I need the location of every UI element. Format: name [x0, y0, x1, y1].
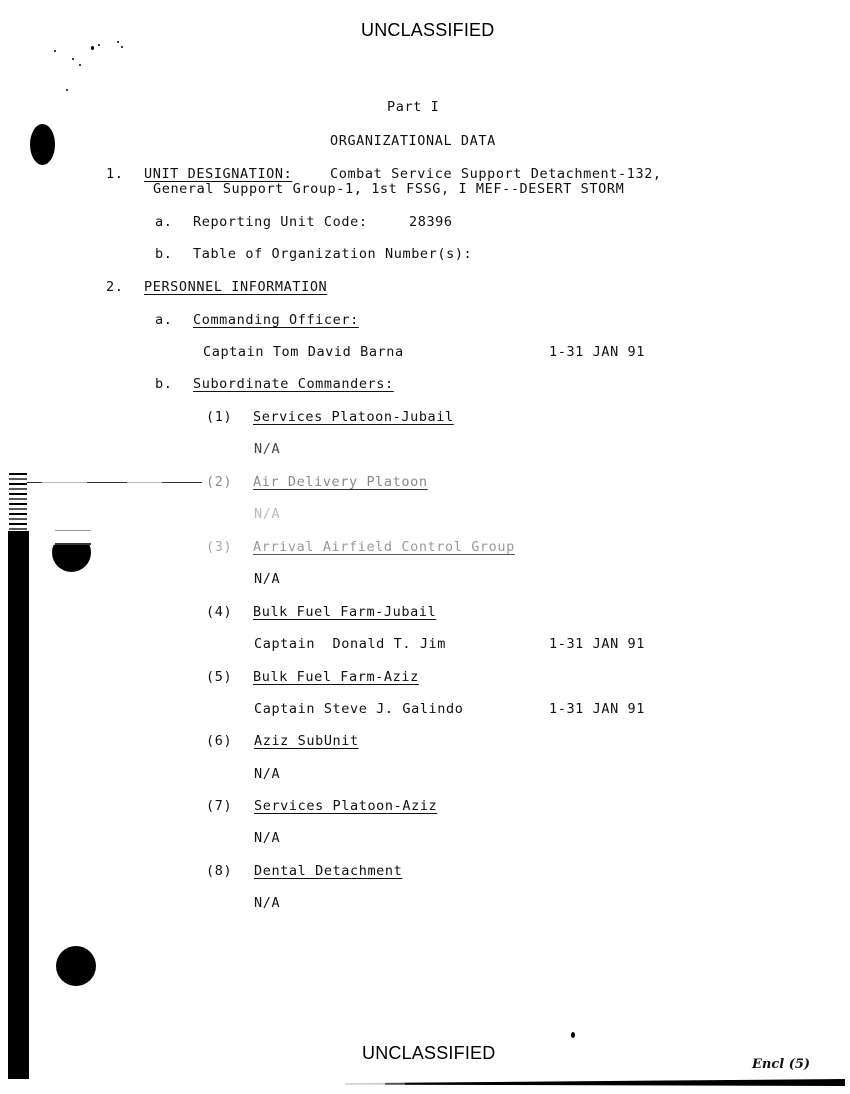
- unit-3-commander: N/A: [254, 571, 280, 587]
- unit-4-number: (4): [206, 604, 232, 620]
- unit-6-name: Aziz SubUnit: [254, 733, 359, 749]
- unit-5-commander: Captain Steve J. Galindo: [254, 701, 463, 717]
- section-heading: ORGANIZATIONAL DATA: [330, 133, 496, 149]
- scan-speck: [72, 58, 74, 60]
- unit-designation-label: UNIT DESIGNATION:: [144, 166, 292, 182]
- unit-8-commander: N/A: [254, 895, 280, 911]
- scan-streak-line: [27, 482, 202, 483]
- unit-6-commander: N/A: [254, 766, 280, 782]
- personnel-information-label: PERSONNEL INFORMATION: [144, 279, 327, 295]
- scan-speck: [66, 89, 68, 91]
- header-classification: UNCLASSIFIED: [361, 20, 494, 41]
- commanding-officer-name: Captain Tom David Barna: [203, 344, 404, 360]
- scan-speck: [91, 46, 94, 50]
- unit-2-name: Air Delivery Platoon: [253, 474, 428, 490]
- scan-speck: [571, 1032, 575, 1038]
- to-number-label: Table of Organization Number(s):: [193, 246, 472, 262]
- unit-2-number: (2): [206, 474, 232, 490]
- unit-5-dates: 1-31 JAN 91: [549, 701, 645, 717]
- part-label: Part I: [387, 99, 439, 115]
- subordinate-commanders-letter: b.: [155, 376, 172, 392]
- unit-5-number: (5): [206, 669, 232, 685]
- binding-edge-bar: [8, 531, 29, 1079]
- unit-2-commander: N/A: [254, 506, 280, 522]
- unit-8-name: Dental Detachment: [254, 863, 402, 879]
- commanding-officer-letter: a.: [155, 312, 172, 328]
- unit-4-name: Bulk Fuel Farm-Jubail: [253, 604, 436, 620]
- scan-speck: [79, 64, 81, 66]
- footer-classification: UNCLASSIFIED: [362, 1043, 495, 1064]
- unit-8-number: (8): [206, 863, 232, 879]
- bottom-edge-bar: [345, 1079, 845, 1086]
- punch-hole-top: [30, 124, 55, 165]
- section-1-number: 1.: [106, 166, 123, 182]
- commanding-officer-dates: 1-31 JAN 91: [549, 344, 645, 360]
- section-2-number: 2.: [106, 279, 123, 295]
- subordinate-commanders-label: Subordinate Commanders:: [193, 376, 394, 392]
- scan-speck: [98, 44, 100, 46]
- unit-1-number: (1): [206, 409, 232, 425]
- scan-speck: [54, 50, 56, 52]
- unit-3-number: (3): [206, 539, 232, 555]
- unit-6-number: (6): [206, 733, 232, 749]
- scan-speck: [121, 46, 123, 48]
- binding-edge-stripes: [9, 473, 27, 531]
- unit-4-dates: 1-31 JAN 91: [549, 636, 645, 652]
- enclosure-note: Encl (5): [752, 1057, 810, 1072]
- unit-designation-value-line2: General Support Group-1, 1st FSSG, I MEF…: [153, 181, 624, 197]
- unit-7-name: Services Platoon-Aziz: [254, 798, 437, 814]
- reporting-unit-code-label: Reporting Unit Code:: [193, 214, 368, 230]
- punch-hole-middle-lines: [55, 530, 91, 545]
- unit-7-number: (7): [206, 798, 232, 814]
- to-number-letter: b.: [155, 246, 172, 262]
- punch-hole-bottom: [56, 946, 96, 986]
- reporting-unit-code-value: 28396: [409, 214, 453, 230]
- unit-5-name: Bulk Fuel Farm-Aziz: [253, 669, 419, 685]
- commanding-officer-label: Commanding Officer:: [193, 312, 359, 328]
- unit-3-name: Arrival Airfield Control Group: [253, 539, 515, 555]
- unit-designation-value-line1: Combat Service Support Detachment-132,: [330, 166, 662, 182]
- reporting-unit-code-letter: a.: [155, 214, 172, 230]
- unit-7-commander: N/A: [254, 830, 280, 846]
- unit-1-name: Services Platoon-Jubail: [253, 409, 454, 425]
- unit-1-commander: N/A: [254, 441, 280, 457]
- scan-speck: [117, 41, 119, 43]
- unit-4-commander: Captain Donald T. Jim: [254, 636, 446, 652]
